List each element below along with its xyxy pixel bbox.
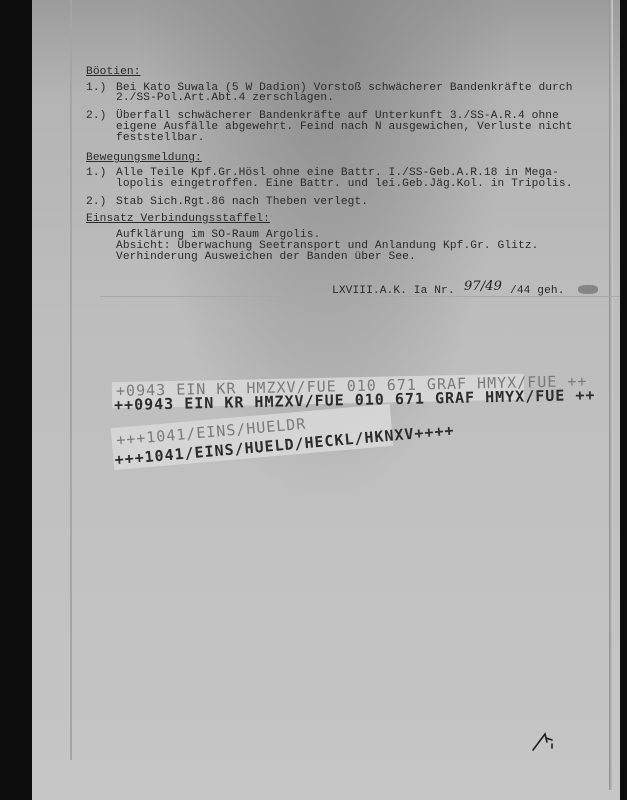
item-number: 2.) <box>86 110 106 122</box>
item-text-line: feststellbar. <box>116 132 205 144</box>
page-crease <box>70 0 72 760</box>
section-heading-boeotien: Böotien: <box>86 66 141 78</box>
section-heading-einsatz: Einsatz Verbindungsstaffel: <box>86 213 270 225</box>
item-number: 1.) <box>86 82 106 94</box>
section-text-line: Verhinderung Ausweichen der Banden über … <box>116 251 416 263</box>
scanned-document-frame: Böotien: 1.) Bei Kato Suwala (5 W Dadion… <box>0 0 627 800</box>
section-heading-bewegungsmeldung: Bewegungsmeldung: <box>86 152 202 164</box>
reference-handwritten-number: 97/49 <box>464 281 502 293</box>
item-number: 2.) <box>86 196 106 208</box>
item-text-line: Stab Sich.Rgt.86 nach Theben verlegt. <box>116 196 368 208</box>
item-text-line: 2./SS-Pol.Art.Abt.4 zerschlagen. <box>116 92 334 104</box>
signature-mark <box>532 730 556 752</box>
faint-rule <box>100 296 620 297</box>
item-text-line: lopolis eingetroffen. Eine Battr. und le… <box>116 178 573 190</box>
ink-smudge <box>578 285 598 294</box>
item-number: 1.) <box>86 167 106 179</box>
page-edge <box>609 0 613 790</box>
